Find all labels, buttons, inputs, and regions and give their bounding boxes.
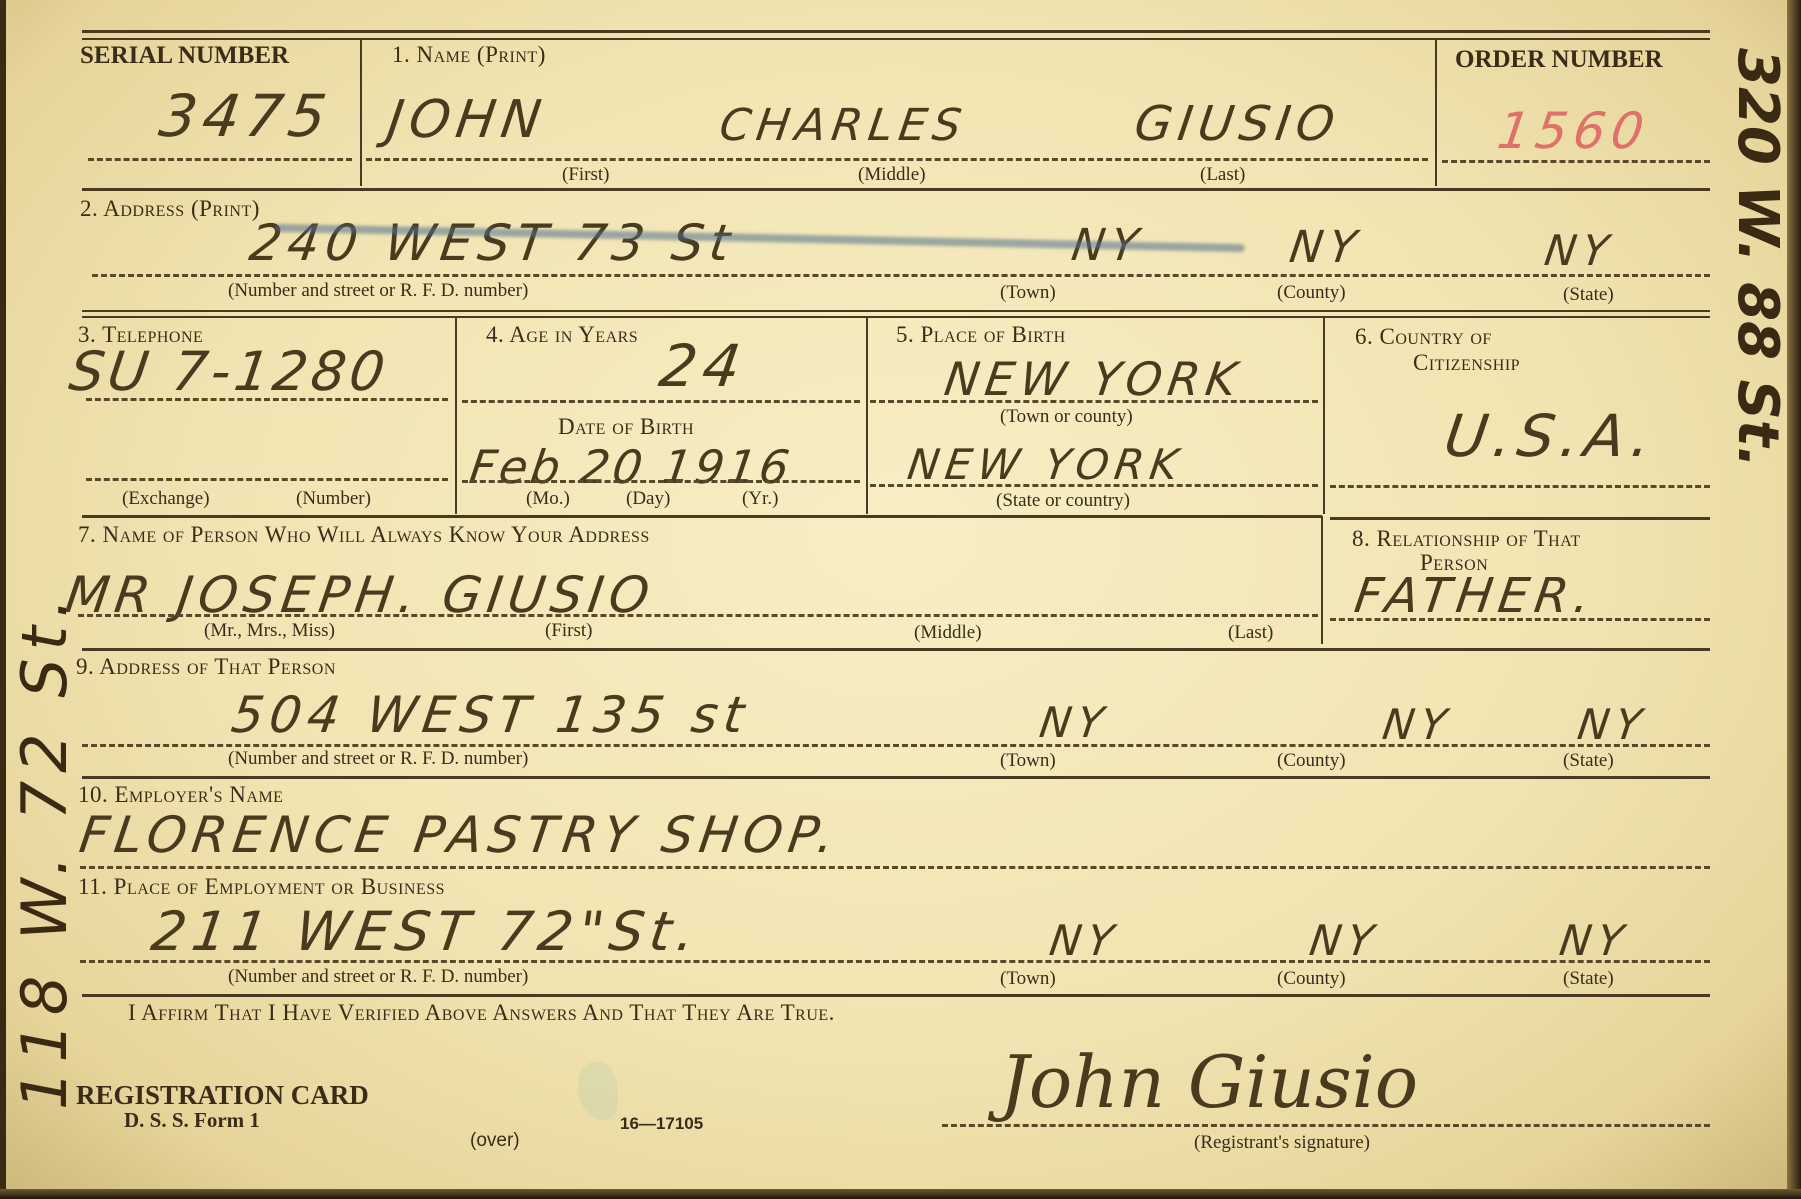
contact-address-line — [82, 744, 1710, 747]
address-label: 2. Address (Print) — [80, 196, 260, 222]
address-sub-street: (Number and street or R. F. D. number) — [228, 280, 528, 302]
right-margin-note: 320 W. 88 St. — [1725, 48, 1790, 468]
employment-county-value: NY — [1307, 916, 1383, 965]
relationship-line — [1330, 618, 1710, 621]
serial-number-value: 3475 — [155, 82, 336, 150]
left-margin-note: 118 W. 72 St. — [8, 590, 81, 1110]
address-street-value: 240 WEST 73 St — [246, 214, 740, 272]
divider-serial-name — [360, 40, 362, 186]
citizenship-label-2: Citizenship — [1413, 350, 1520, 376]
employer-line — [80, 866, 1710, 869]
divider-tel-age — [455, 318, 457, 514]
age-label: 4. Age in Years — [486, 322, 638, 348]
faded-stamp-mark — [578, 1062, 618, 1120]
employment-street-value: 211 WEST 72"St. — [148, 900, 705, 963]
row1-bottom-rule — [82, 188, 1710, 191]
row2-bottom-rule — [82, 310, 1710, 312]
contact-person-label: 7. Name of Person Who Will Always Know Y… — [78, 522, 650, 548]
registration-card: SERIAL NUMBER 3475 1. Name (Print) JOHN … — [0, 0, 1790, 1192]
card-edge-right — [1787, 0, 1801, 1199]
row7-bottom-rule — [82, 648, 1710, 651]
row11-bottom-rule — [82, 994, 1710, 997]
form-id: D. S. S. Form 1 — [124, 1108, 260, 1133]
address-county-value: NY — [1286, 222, 1365, 273]
contact-address-sub-state: (State) — [1563, 750, 1614, 772]
signature-label: (Registrant's signature) — [1194, 1132, 1370, 1154]
telephone-line-1 — [86, 398, 448, 401]
employment-state-value: NY — [1557, 916, 1633, 965]
birthplace-sub-state: (State or country) — [996, 490, 1130, 512]
form-title: Registration Card — [76, 1080, 369, 1111]
address-sub-county: (County) — [1277, 282, 1346, 304]
over-label: (over) — [470, 1130, 520, 1152]
divider-age-birth — [866, 318, 868, 514]
contact-address-label: 9. Address of That Person — [76, 654, 336, 680]
contact-sub-middle: (Middle) — [914, 622, 982, 644]
contact-address-street-value: 504 WEST 135 st — [228, 686, 754, 744]
employment-sub-county: (County) — [1277, 968, 1346, 990]
citizenship-value: U.S.A. — [1440, 402, 1661, 470]
telephone-line-2 — [86, 478, 448, 481]
contact-person-line — [78, 614, 1318, 617]
dob-sub-yr: (Yr.) — [742, 488, 778, 510]
relationship-value: FATHER. — [1351, 568, 1599, 624]
contact-sub-title: (Mr., Mrs., Miss) — [204, 620, 335, 642]
dob-value: Feb 20 1916 — [466, 440, 795, 494]
birthplace-state-line — [870, 484, 1318, 487]
address-state-value: NY — [1542, 226, 1618, 275]
address-sub-town: (Town) — [1000, 282, 1056, 304]
employment-town-value: NY — [1047, 916, 1123, 965]
name-last-value: GIUSIO — [1131, 96, 1344, 152]
name-label: 1. Name (Print) — [392, 42, 546, 68]
divider-name-order — [1435, 40, 1437, 186]
serial-number-label: SERIAL NUMBER — [80, 42, 289, 70]
name-first-value: JOHN — [384, 90, 551, 150]
birthplace-state-value: NEW YORK — [905, 440, 1187, 489]
dob-sub-mo: (Mo.) — [526, 488, 570, 510]
birthplace-label: 5. Place of Birth — [896, 322, 1066, 348]
serial-line — [88, 158, 352, 161]
divider-contact-relationship — [1321, 516, 1323, 644]
contact-address-state-value: NY — [1575, 700, 1651, 749]
birthplace-town-line — [870, 400, 1318, 403]
citizenship-line — [1330, 485, 1710, 488]
age-line — [462, 400, 860, 403]
affirmation-text: I Affirm That I Have Verified Above Answ… — [128, 1000, 835, 1026]
print-code: 16—17105 — [620, 1114, 703, 1134]
contact-sub-first: (First) — [545, 620, 593, 642]
name-sub-middle: (Middle) — [858, 164, 926, 186]
order-number-value: 1560 — [1494, 102, 1653, 160]
address-line — [92, 274, 1710, 277]
employment-line — [80, 960, 1710, 963]
top-rule-inner — [82, 38, 1710, 40]
row9-bottom-rule — [82, 776, 1710, 779]
top-rule — [82, 30, 1710, 33]
employer-value: FLORENCE PASTRY SHOP. — [76, 806, 844, 864]
card-edge-left — [0, 0, 6, 1199]
contact-address-sub-street: (Number and street or R. F. D. number) — [228, 748, 528, 770]
employment-sub-street: (Number and street or R. F. D. number) — [228, 966, 528, 988]
age-value: 24 — [655, 332, 750, 400]
contact-sub-last: (Last) — [1228, 622, 1273, 644]
telephone-sub-exchange: (Exchange) — [122, 488, 210, 510]
telephone-sub-number: (Number) — [296, 488, 371, 510]
dob-line — [462, 480, 860, 483]
employment-sub-town: (Town) — [1000, 968, 1056, 990]
name-sub-first: (First) — [562, 164, 610, 186]
birthplace-sub-town: (Town or county) — [1000, 406, 1133, 428]
name-middle-value: CHARLES — [716, 100, 970, 151]
signature-line — [942, 1124, 1710, 1127]
registrant-signature: John Giusio — [1000, 1040, 1418, 1124]
name-line — [366, 158, 1428, 161]
citizenship-label-1: 6. Country of — [1355, 324, 1492, 350]
employment-sub-state: (State) — [1563, 968, 1614, 990]
contact-address-sub-town: (Town) — [1000, 750, 1056, 772]
contact-address-town-value: NY — [1037, 698, 1113, 747]
contact-address-county-value: NY — [1380, 700, 1456, 749]
employment-place-label: 11. Place of Employment or Business — [78, 874, 445, 900]
order-number-label: ORDER NUMBER — [1455, 46, 1663, 74]
card-edge-bottom — [0, 1189, 1801, 1199]
address-sub-state: (State) — [1563, 284, 1614, 306]
contact-address-sub-county: (County) — [1277, 750, 1346, 772]
name-sub-last: (Last) — [1200, 164, 1245, 186]
dob-label: Date of Birth — [558, 414, 694, 440]
dob-sub-day: (Day) — [626, 488, 670, 510]
order-line — [1442, 160, 1710, 163]
row3-bottom-rule — [82, 515, 1322, 518]
relationship-label-1: 8. Relationship of That — [1352, 526, 1581, 552]
row2-bottom-rule-2 — [82, 316, 1710, 318]
employer-label: 10. Employer's Name — [78, 782, 283, 808]
row3-bottom-rule-right — [1330, 517, 1710, 520]
birthplace-town-value: NEW YORK — [941, 352, 1246, 406]
telephone-value: SU 7-1280 — [66, 340, 393, 403]
divider-birth-citizenship — [1323, 318, 1325, 514]
